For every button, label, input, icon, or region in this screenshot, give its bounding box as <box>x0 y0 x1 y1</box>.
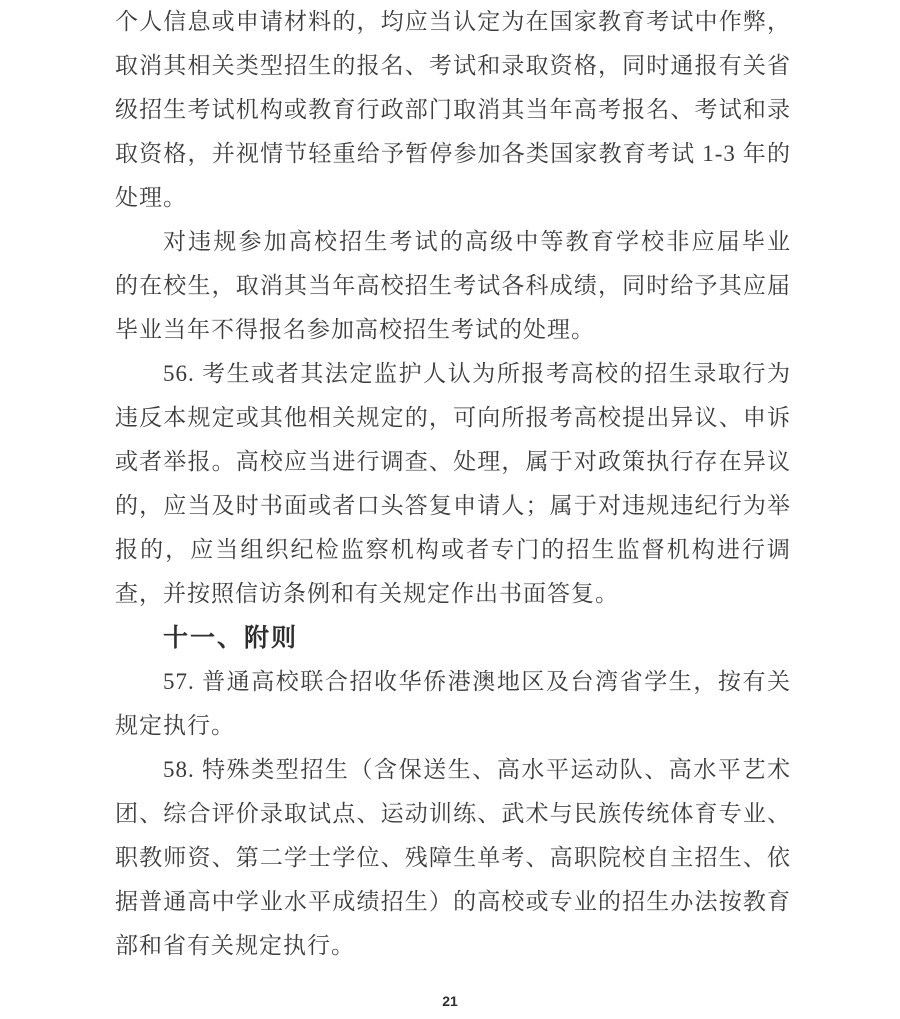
text-line: 取消其相关类型招生的报名、考试和录取资格，同时通报有关省 <box>115 44 791 88</box>
text-line: 部和省有关规定执行。 <box>115 924 791 968</box>
section-heading: 十一、附则 <box>115 616 791 660</box>
page-footer: 21 <box>0 993 900 1011</box>
text-line: 查，并按照信访条例和有关规定作出书面答复。 <box>115 572 791 616</box>
text-line: 据普通高中学业水平成绩招生）的高校或专业的招生办法按教育 <box>115 880 791 924</box>
text-line: 规定执行。 <box>115 704 791 748</box>
text-line: 报的，应当组织纪检监察机构或者专门的招生监督机构进行调 <box>115 528 791 572</box>
document-page: 个人信息或申请材料的，均应当认定为在国家教育考试中作弊，取消其相关类型招生的报名… <box>0 0 900 1019</box>
page-number: 21 <box>442 993 458 1009</box>
text-line: 违反本规定或其他相关规定的，可向所报考高校提出异议、申诉 <box>115 396 791 440</box>
paragraph: 个人信息或申请材料的，均应当认定为在国家教育考试中作弊，取消其相关类型招生的报名… <box>115 0 791 220</box>
text-line: 毕业当年不得报名参加高校招生考试的处理。 <box>115 308 791 352</box>
text-line: 的在校生，取消其当年高校招生考试各科成绩，同时给予其应届 <box>115 264 791 308</box>
text-line: 取资格，并视情节轻重给予暂停参加各类国家教育考试 1-3 年的 <box>115 132 791 176</box>
text-line: 或者举报。高校应当进行调查、处理，属于对政策执行存在异议 <box>115 440 791 484</box>
text-line: 职教师资、第二学士学位、残障生单考、高职院校自主招生、依 <box>115 836 791 880</box>
paragraph: 对违规参加高校招生考试的高级中等教育学校非应届毕业的在校生，取消其当年高校招生考… <box>115 220 791 352</box>
text-line: 的，应当及时书面或者口头答复申请人；属于对违规违纪行为举 <box>115 484 791 528</box>
paragraph: 57. 普通高校联合招收华侨港澳地区及台湾省学生，按有关规定执行。 <box>115 660 791 748</box>
text-line: 级招生考试机构或教育行政部门取消其当年高考报名、考试和录 <box>115 88 791 132</box>
document-body: 个人信息或申请材料的，均应当认定为在国家教育考试中作弊，取消其相关类型招生的报名… <box>115 0 791 968</box>
text-line: 58. 特殊类型招生（含保送生、高水平运动队、高水平艺术 <box>115 748 791 792</box>
text-line: 团、综合评价录取试点、运动训练、武术与民族传统体育专业、 <box>115 792 791 836</box>
paragraph: 58. 特殊类型招生（含保送生、高水平运动队、高水平艺术团、综合评价录取试点、运… <box>115 748 791 968</box>
text-line: 56. 考生或者其法定监护人认为所报考高校的招生录取行为 <box>115 352 791 396</box>
paragraph: 56. 考生或者其法定监护人认为所报考高校的招生录取行为违反本规定或其他相关规定… <box>115 352 791 616</box>
text-line: 个人信息或申请材料的，均应当认定为在国家教育考试中作弊， <box>115 0 791 44</box>
text-line: 十一、附则 <box>115 616 791 660</box>
text-line: 57. 普通高校联合招收华侨港澳地区及台湾省学生，按有关 <box>115 660 791 704</box>
text-line: 处理。 <box>115 176 791 220</box>
text-line: 对违规参加高校招生考试的高级中等教育学校非应届毕业 <box>115 220 791 264</box>
